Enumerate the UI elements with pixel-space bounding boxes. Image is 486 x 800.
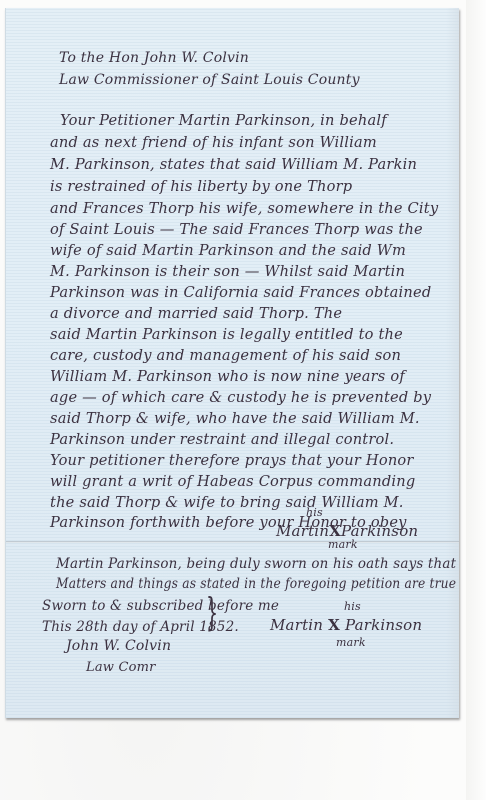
petition-line-11: said Martin Parkinson is legally entitle…: [50, 326, 403, 343]
petition-line-10: a divorce and married said Thorp. The: [50, 305, 342, 322]
petition-line-19: the said Thorp & wife to bring said Will…: [50, 494, 404, 511]
paper-edge-discoloration: [446, 8, 459, 718]
petition-line-4: is restrained of his liberty by one Thor…: [50, 178, 352, 195]
signature-1-mark: mark: [328, 538, 358, 551]
petition-line-3: M. Parkinson, states that said William M…: [50, 156, 417, 173]
petition-line-16: Parkinson under restraint and illegal co…: [50, 431, 394, 448]
petition-line-8: M. Parkinson is their son — Whilst said …: [50, 263, 405, 280]
petition-line-18: will grant a writ of Habeas Corpus comma…: [50, 473, 415, 490]
petition-line-13: William M. Parkinson who is now nine yea…: [50, 368, 405, 385]
petition-line-2: and as next friend of his infant son Wil…: [50, 134, 377, 151]
address-line-1: To the Hon John W. Colvin: [59, 50, 249, 66]
paper-fold-line: [6, 541, 459, 543]
petition-line-15: said Thorp & wife, who have the said Wil…: [50, 410, 420, 427]
scan-backing-edge: [466, 0, 486, 800]
petition-line-5: and Frances Thorp his wife, somewhere in…: [50, 200, 438, 217]
petition-line-14: age — of which care & custody he is prev…: [50, 389, 431, 406]
jurat-title: Law Comr: [86, 660, 156, 675]
document-sheet: To the Hon John W. Colvin Law Commission…: [5, 8, 459, 718]
signature-2-last: Parkinson: [345, 616, 422, 634]
petition-line-12: care, custody and management of his said…: [50, 347, 401, 364]
signature-2-x-mark: X: [328, 616, 340, 634]
petition-line-7: wife of said Martin Parkinson and the sa…: [50, 242, 406, 259]
petition-line-1: Your Petitioner Martin Parkinson, in beh…: [60, 112, 387, 129]
signature-2-his: his: [344, 600, 361, 613]
signature-1-first: Martin: [276, 522, 329, 540]
signature-1-his: his: [306, 506, 323, 519]
petition-line-6: of Saint Louis — The said Frances Thorp …: [50, 221, 423, 238]
signature-2-mark: mark: [336, 636, 366, 649]
signature-2: Martin X Parkinson: [270, 616, 422, 634]
oath-line-2: Matters and things as stated in the fore…: [56, 576, 456, 592]
petition-line-17: Your petitioner therefore prays that you…: [50, 452, 414, 469]
jurat-line-1: Sworn to & subscribed before me: [42, 598, 279, 614]
address-line-2: Law Commissioner of Saint Louis County: [59, 72, 360, 88]
oath-line-1: Martin Parkinson, being duly sworn on hi…: [56, 556, 456, 572]
jurat-brace: }: [206, 590, 218, 634]
signature-2-first: Martin: [270, 616, 323, 634]
jurat-signer: John W. Colvin: [66, 638, 171, 654]
petition-line-9: Parkinson was in California said Frances…: [50, 284, 431, 301]
